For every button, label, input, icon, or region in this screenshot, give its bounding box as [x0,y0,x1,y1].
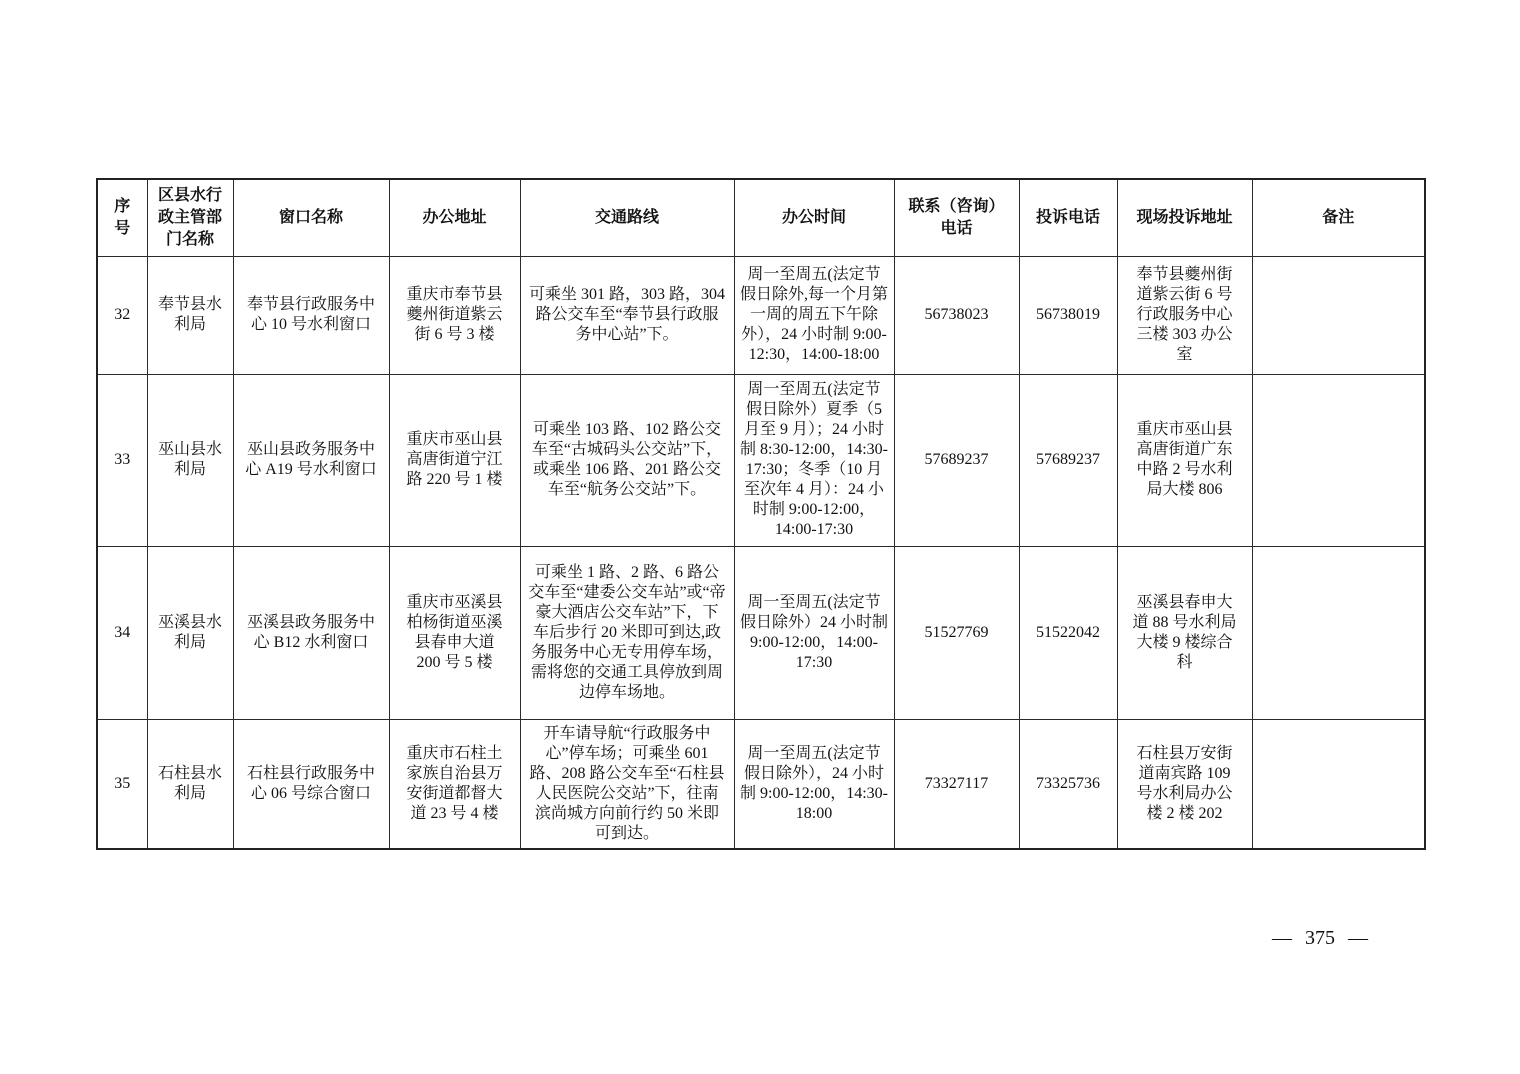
header-phone: 联系（咨询）电话 [894,179,1019,256]
cell-address: 重庆市巫山县高唐街道宁江路 220 号 1 楼 [389,374,520,546]
cell-remark [1252,374,1425,546]
cell-window: 巫山县政务服务中心 A19 号水利窗口 [233,374,389,546]
cell-dept: 巫山县水利局 [147,374,233,546]
cell-address: 重庆市石柱土家族自治县万安街道都督大道 23 号 4 楼 [389,719,520,849]
cell-complaint-address: 巫溪县春申大道 88 号水利局大楼 9 楼综合科 [1117,546,1252,719]
cell-complaint-phone: 56738019 [1019,256,1117,374]
table-row-34: 34 巫溪县水利局 巫溪县政务服务中心 B12 水利窗口 重庆市巫溪县柏杨街道巫… [97,546,1425,719]
cell-window: 石柱县行政服务中心 06 号综合窗口 [233,719,389,849]
header-dept: 区县水行政主管部门名称 [147,179,233,256]
footer-page-number: 375 [1305,926,1335,950]
cell-dept: 奉节县水利局 [147,256,233,374]
cell-complaint-phone: 73325736 [1019,719,1117,849]
header-window: 窗口名称 [233,179,389,256]
cell-dept: 石柱县水利局 [147,719,233,849]
table-row-35: 35 石柱县水利局 石柱县行政服务中心 06 号综合窗口 重庆市石柱土家族自治县… [97,719,1425,849]
cell-route: 可乘坐 103 路、102 路公交车至“古城码头公交站”下，或乘坐 106 路、… [520,374,734,546]
cell-dept: 巫溪县水利局 [147,546,233,719]
footer-right-dash: — [1348,926,1368,950]
cell-no: 35 [97,719,147,849]
cell-remark [1252,719,1425,849]
cell-route: 开车请导航“行政服务中心”停车场；可乘坐 601 路、208 路公交车至“石柱县… [520,719,734,849]
header-complaint-address: 现场投诉地址 [1117,179,1252,256]
cell-no: 32 [97,256,147,374]
cell-complaint-address: 重庆市巫山县高唐街道广东中路 2 号水利局大楼 806 [1117,374,1252,546]
header-complaint-phone: 投诉电话 [1019,179,1117,256]
cell-complaint-phone: 57689237 [1019,374,1117,546]
page-number: — 375 — [1272,926,1368,950]
cell-address: 重庆市奉节县夔州街道紫云街 6 号 3 楼 [389,256,520,374]
cell-address: 重庆市巫溪县柏杨街道巫溪县春申大道 200 号 5 楼 [389,546,520,719]
cell-complaint-address: 石柱县万安街道南宾路 109 号水利局办公楼 2 楼 202 [1117,719,1252,849]
cell-phone: 51527769 [894,546,1019,719]
table-row-33: 33 巫山县水利局 巫山县政务服务中心 A19 号水利窗口 重庆市巫山县高唐街道… [97,374,1425,546]
table-row-32: 32 奉节县水利局 奉节县行政服务中心 10 号水利窗口 重庆市奉节县夔州街道紫… [97,256,1425,374]
header-route: 交通路线 [520,179,734,256]
cell-remark [1252,546,1425,719]
cell-phone: 56738023 [894,256,1019,374]
header-no: 序号 [97,179,147,256]
cell-remark [1252,256,1425,374]
water-service-window-table: 序号 区县水行政主管部门名称 窗口名称 办公地址 交通路线 办公时间 联系（咨询… [96,178,1426,850]
cell-route: 可乘坐 1 路、2 路、6 路公交车至“建委公交车站”或“帝豪大酒店公交车站”下… [520,546,734,719]
cell-route: 可乘坐 301 路，303 路，304 路公交车至“奉节县行政服务中心站”下。 [520,256,734,374]
cell-phone: 73327117 [894,719,1019,849]
cell-hours: 周一至周五(法定节假日除外）24 小时制 9:00-12:00，14:00-17… [734,546,894,719]
header-address: 办公地址 [389,179,520,256]
cell-window: 奉节县行政服务中心 10 号水利窗口 [233,256,389,374]
cell-window: 巫溪县政务服务中心 B12 水利窗口 [233,546,389,719]
cell-no: 34 [97,546,147,719]
cell-complaint-address: 奉节县夔州街道紫云街 6 号行政服务中心三楼 303 办公室 [1117,256,1252,374]
cell-phone: 57689237 [894,374,1019,546]
footer-left-dash: — [1272,926,1292,950]
cell-hours: 周一至周五(法定节假日除外），24 小时制 9:00-12:00，14:30-1… [734,719,894,849]
cell-complaint-phone: 51522042 [1019,546,1117,719]
table-header-row: 序号 区县水行政主管部门名称 窗口名称 办公地址 交通路线 办公时间 联系（咨询… [97,179,1425,256]
document-page: 序号 区县水行政主管部门名称 窗口名称 办公地址 交通路线 办公时间 联系（咨询… [0,0,1520,1074]
cell-hours: 周一至周五(法定节假日除外,每一个月第一周的周五下午除外），24 小时制 9:0… [734,256,894,374]
header-hours: 办公时间 [734,179,894,256]
cell-hours: 周一至周五(法定节假日除外）夏季（5 月至 9 月）；24 小时制 8:30-1… [734,374,894,546]
header-remark: 备注 [1252,179,1425,256]
cell-no: 33 [97,374,147,546]
